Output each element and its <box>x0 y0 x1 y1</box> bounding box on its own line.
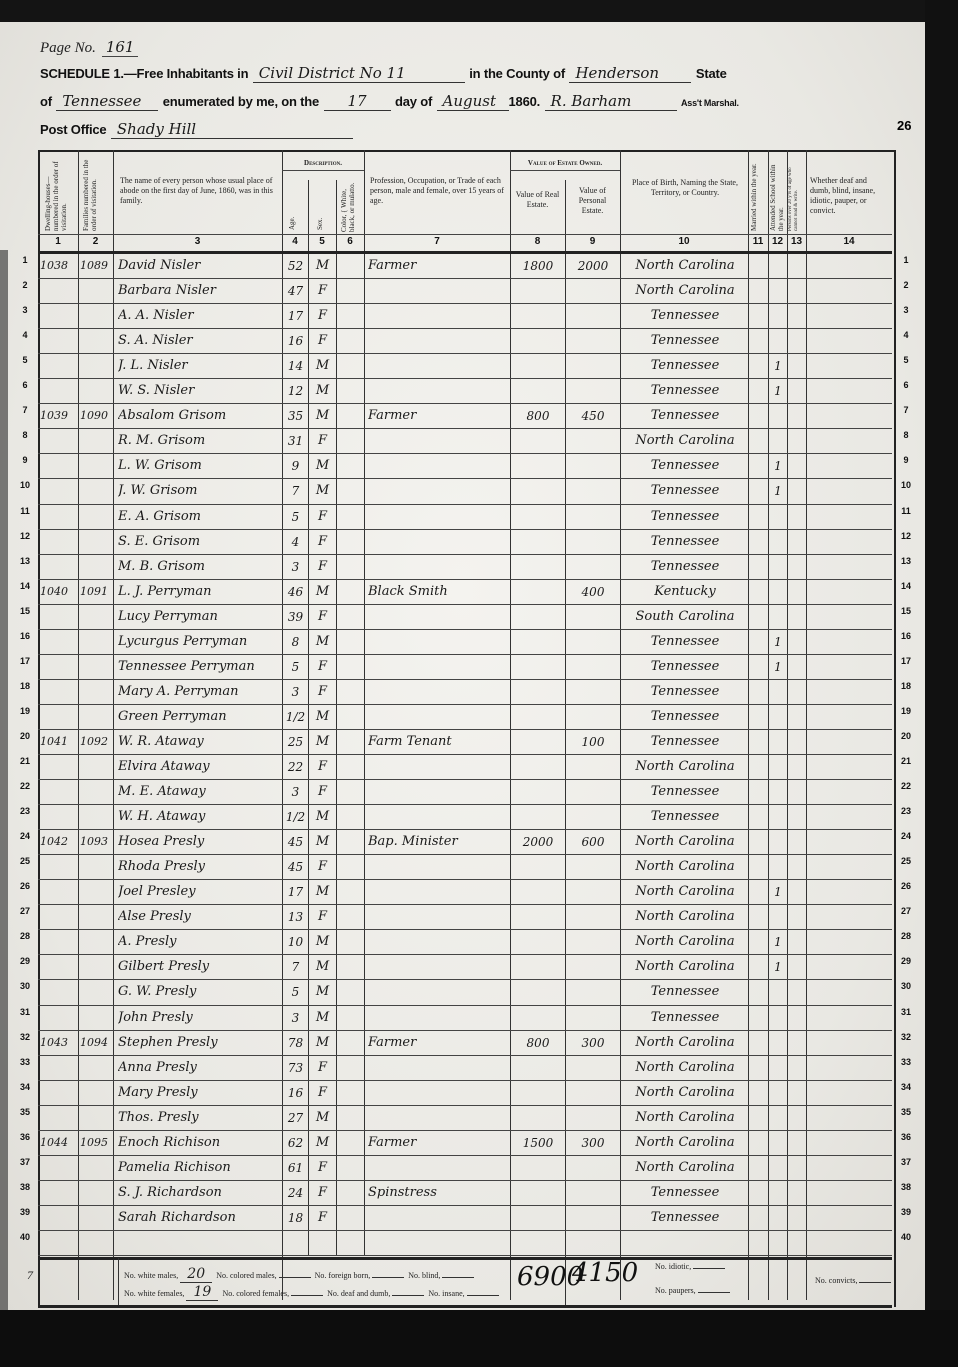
dwelling-number <box>40 1233 78 1253</box>
dwelling-number <box>40 557 78 577</box>
dwelling-number: 1040 <box>40 582 78 602</box>
line-number-left: 36 <box>14 1132 36 1142</box>
person-name: Anna Presly <box>118 1058 282 1078</box>
age: 3 <box>283 782 308 802</box>
age: 47 <box>283 281 308 301</box>
table-row: 1616Lycurgus Perryman8MTennessee1 <box>0 629 958 654</box>
age: 61 <box>283 1158 308 1178</box>
sex: M <box>309 381 336 401</box>
dwelling-number <box>40 782 78 802</box>
real-estate-value <box>511 381 565 401</box>
sex: M <box>309 582 336 602</box>
occupation: Black Smith <box>368 582 508 602</box>
dwelling-number <box>40 1008 78 1028</box>
dwelling-number <box>40 281 78 301</box>
occupation <box>368 507 508 527</box>
attended-school <box>769 256 787 276</box>
occupation <box>368 707 508 727</box>
column-number: 2 <box>78 236 113 250</box>
birthplace: Tennessee <box>622 306 748 326</box>
month-field: August <box>437 92 509 111</box>
attended-school <box>769 507 787 527</box>
dwelling-number <box>40 481 78 501</box>
age: 5 <box>283 657 308 677</box>
sex: M <box>309 932 336 952</box>
person-name: Hosea Presly <box>118 832 282 852</box>
table-row: 2222M. E. Ataway3FTennessee <box>0 779 958 804</box>
family-number: 1093 <box>80 832 113 852</box>
personal-estate-value: 300 <box>566 1033 620 1053</box>
real-estate-value <box>511 932 565 952</box>
family-number <box>80 381 113 401</box>
line-number-right: 14 <box>895 581 917 591</box>
age: 4 <box>283 532 308 552</box>
birthplace: Tennessee <box>622 356 748 376</box>
age: 25 <box>283 732 308 752</box>
age: 27 <box>283 1108 308 1128</box>
occupation <box>368 1008 508 1028</box>
white-males-field: No. white males, 20 No. colored males, N… <box>124 1266 474 1283</box>
birthplace: Tennessee <box>622 456 748 476</box>
table-row: 323210431094Stephen Presly78MFarmer80030… <box>0 1030 958 1055</box>
sex: M <box>309 882 336 902</box>
age: 45 <box>283 857 308 877</box>
birthplace: North Carolina <box>622 1058 748 1078</box>
personal-estate-value: 300 <box>566 1133 620 1153</box>
family-number: 1089 <box>80 256 113 276</box>
line-number-right: 21 <box>895 756 917 766</box>
birthplace: Tennessee <box>622 657 748 677</box>
table-row: 2121Elvira Ataway22FNorth Carolina <box>0 754 958 779</box>
personal-estate-value <box>566 807 620 827</box>
dwelling-number <box>40 1058 78 1078</box>
family-number <box>80 657 113 677</box>
table-row: 1110381089David Nisler52MFarmer18002000N… <box>0 253 958 278</box>
real-estate-value <box>511 532 565 552</box>
column-number: 5 <box>308 236 336 250</box>
sex: M <box>309 481 336 501</box>
occupation <box>368 1158 508 1178</box>
table-row: 1515Lucy Perryman39FSouth Carolina <box>0 604 958 629</box>
person-name: R. M. Grisom <box>118 431 282 451</box>
occupation <box>368 757 508 777</box>
personal-estate-value: 600 <box>566 832 620 852</box>
line-number-right: 35 <box>895 1107 917 1117</box>
sex <box>309 1233 336 1253</box>
table-row: 2727Alse Presly13FNorth Carolina <box>0 904 958 929</box>
table-row: 1919Green Perryman1/2MTennessee <box>0 704 958 729</box>
family-number <box>80 607 113 627</box>
person-name: S. A. Nisler <box>118 331 282 351</box>
occupation: Farmer <box>368 1033 508 1053</box>
personal-estate-value <box>566 632 620 652</box>
attended-school: 1 <box>769 381 787 401</box>
table-row: 2828A. Presly10MNorth Carolina1 <box>0 929 958 954</box>
table-row: 3030G. W. Presly5MTennessee <box>0 979 958 1004</box>
attended-school <box>769 1083 787 1103</box>
age: 17 <box>283 306 308 326</box>
dwelling-number: 1044 <box>40 1133 78 1153</box>
occupation <box>368 356 508 376</box>
personal-estate-value: 100 <box>566 732 620 752</box>
real-estate-value <box>511 431 565 451</box>
header-age: Age. <box>288 190 304 230</box>
family-number <box>80 356 113 376</box>
occupation <box>368 306 508 326</box>
attended-school <box>769 1108 787 1128</box>
birthplace: North Carolina <box>622 431 748 451</box>
occupation <box>368 857 508 877</box>
line-number-right: 23 <box>895 806 917 816</box>
personal-estate-value <box>566 431 620 451</box>
table-row: 3434Mary Presly16FNorth Carolina <box>0 1080 958 1105</box>
attended-school <box>769 1158 787 1178</box>
family-number: 1092 <box>80 732 113 752</box>
occupation <box>368 557 508 577</box>
age: 3 <box>283 682 308 702</box>
real-estate-value <box>511 557 565 577</box>
birthplace: Tennessee <box>622 1208 748 1228</box>
person-name: A. A. Nisler <box>118 306 282 326</box>
birthplace: North Carolina <box>622 1108 748 1128</box>
dwelling-number <box>40 306 78 326</box>
line-number-left: 5 <box>14 355 36 365</box>
family-number <box>80 957 113 977</box>
family-number <box>80 306 113 326</box>
attended-school: 1 <box>769 657 787 677</box>
family-number <box>80 782 113 802</box>
sheet-number: 26 <box>897 118 911 133</box>
birthplace: Tennessee <box>622 532 748 552</box>
sex: M <box>309 982 336 1002</box>
dwelling-number <box>40 456 78 476</box>
attended-school: 1 <box>769 456 787 476</box>
table-row: 3737Pamelia Richison61FNorth Carolina <box>0 1155 958 1180</box>
line-number-left: 6 <box>14 380 36 390</box>
scan-top-edge <box>0 0 958 22</box>
personal-estate-value <box>566 957 620 977</box>
birthplace: Tennessee <box>622 331 748 351</box>
line-number-right: 28 <box>895 931 917 941</box>
line-number-right: 1 <box>895 255 917 265</box>
birthplace: North Carolina <box>622 907 748 927</box>
line-number-right: 7 <box>895 405 917 415</box>
family-number <box>80 882 113 902</box>
person-name: G. W. Presly <box>118 982 282 1002</box>
age: 9 <box>283 456 308 476</box>
dwelling-number <box>40 1208 78 1228</box>
line-number-right: 33 <box>895 1057 917 1067</box>
occupation <box>368 782 508 802</box>
age: 10 <box>283 932 308 952</box>
table-row: 66W. S. Nisler12MTennessee1 <box>0 378 958 403</box>
real-estate-value <box>511 707 565 727</box>
line-number-left: 25 <box>14 856 36 866</box>
line-number-right: 17 <box>895 656 917 666</box>
day-field: 17 <box>324 92 391 111</box>
occupation: Farmer <box>368 406 508 426</box>
line-number-left: 32 <box>14 1032 36 1042</box>
person-name: Elvira Ataway <box>118 757 282 777</box>
attended-school <box>769 807 787 827</box>
table-row: 202010411092W. R. Ataway25MFarm Tenant10… <box>0 729 958 754</box>
birthplace: Tennessee <box>622 682 748 702</box>
age: 3 <box>283 1008 308 1028</box>
attended-school <box>769 732 787 752</box>
family-number <box>80 481 113 501</box>
age: 24 <box>283 1183 308 1203</box>
occupation <box>368 532 508 552</box>
line-number-left: 11 <box>14 506 36 516</box>
column-number: 9 <box>565 236 620 250</box>
personal-estate-value <box>566 682 620 702</box>
person-name: J. W. Grisom <box>118 481 282 501</box>
line-number-left: 4 <box>14 330 36 340</box>
birthplace: North Carolina <box>622 757 748 777</box>
header-value-estate: Value of Estate Owned. <box>510 158 620 168</box>
dwelling-number <box>40 1108 78 1128</box>
person-name: J. L. Nisler <box>118 356 282 376</box>
line-number-right: 29 <box>895 956 917 966</box>
line-number-right: 27 <box>895 906 917 916</box>
attended-school <box>769 757 787 777</box>
line-number-right: 15 <box>895 606 917 616</box>
line-number-left: 34 <box>14 1082 36 1092</box>
family-number <box>80 1108 113 1128</box>
line-number-right: 18 <box>895 681 917 691</box>
dwelling-number <box>40 532 78 552</box>
sex: F <box>309 331 336 351</box>
family-number <box>80 1058 113 1078</box>
sex: F <box>309 607 336 627</box>
state-field: Tennessee <box>56 92 158 111</box>
personal-estate-value <box>566 1183 620 1203</box>
column-number: 14 <box>806 236 892 250</box>
column-number: 13 <box>787 236 806 250</box>
line-number-left: 21 <box>14 756 36 766</box>
family-number <box>80 1008 113 1028</box>
sex: M <box>309 356 336 376</box>
occupation <box>368 1233 508 1253</box>
post-office-line: Post Office Shady Hill <box>40 120 353 139</box>
family-number <box>80 1083 113 1103</box>
page-number: Page No.161 <box>40 38 138 57</box>
personal-estate-value <box>566 707 620 727</box>
line-number-left: 31 <box>14 1007 36 1017</box>
sex: M <box>309 1133 336 1153</box>
dwelling-number <box>40 932 78 952</box>
real-estate-value <box>511 1008 565 1028</box>
sex: F <box>309 907 336 927</box>
age: 78 <box>283 1033 308 1053</box>
real-estate-value <box>511 782 565 802</box>
personal-estate-value <box>566 982 620 1002</box>
real-estate-value <box>511 982 565 1002</box>
birthplace: North Carolina <box>622 1083 748 1103</box>
table-row: 141410401091L. J. Perryman46MBlack Smith… <box>0 579 958 604</box>
occupation <box>368 807 508 827</box>
person-name: W. S. Nisler <box>118 381 282 401</box>
line-number-left: 19 <box>14 706 36 716</box>
personal-estate-value <box>566 1233 620 1253</box>
dwelling-number <box>40 431 78 451</box>
dwelling-number <box>40 857 78 877</box>
table-row: 3838S. J. Richardson24FSpinstressTenness… <box>0 1180 958 1205</box>
family-number <box>80 456 113 476</box>
real-estate-value <box>511 732 565 752</box>
age: 39 <box>283 607 308 627</box>
age: 17 <box>283 882 308 902</box>
attended-school <box>769 306 787 326</box>
person-name: Lycurgus Perryman <box>118 632 282 652</box>
line-number-right: 24 <box>895 831 917 841</box>
family-number: 1094 <box>80 1033 113 1053</box>
occupation <box>368 1058 508 1078</box>
attended-school <box>769 557 787 577</box>
occupation: Farmer <box>368 1133 508 1153</box>
birthplace: North Carolina <box>622 957 748 977</box>
attended-school <box>769 1183 787 1203</box>
birthplace: North Carolina <box>622 857 748 877</box>
person-name: L. J. Perryman <box>118 582 282 602</box>
attended-school <box>769 782 787 802</box>
person-name: Alse Presly <box>118 907 282 927</box>
line-number-left: 9 <box>14 455 36 465</box>
attended-school: 1 <box>769 932 787 952</box>
dwelling-number <box>40 1158 78 1178</box>
birthplace: South Carolina <box>622 607 748 627</box>
dwelling-number: 1038 <box>40 256 78 276</box>
line-number-right: 16 <box>895 631 917 641</box>
personal-estate-value <box>566 1208 620 1228</box>
real-estate-value <box>511 1183 565 1203</box>
sex: M <box>309 732 336 752</box>
table-row: 4040 <box>0 1230 958 1255</box>
line-number-right: 31 <box>895 1007 917 1017</box>
table-row: 2323W. H. Ataway1/2MTennessee <box>0 804 958 829</box>
attended-school <box>769 1033 787 1053</box>
dwelling-number <box>40 682 78 702</box>
attended-school: 1 <box>769 957 787 977</box>
header-family: Families numbered in the order of visita… <box>82 155 110 231</box>
occupation <box>368 882 508 902</box>
age: 8 <box>283 632 308 652</box>
column-number: 10 <box>620 236 748 250</box>
table-row: 1313M. B. Grisom3FTennessee <box>0 554 958 579</box>
dwelling-number: 1041 <box>40 732 78 752</box>
sex: M <box>309 406 336 426</box>
age: 31 <box>283 431 308 451</box>
personal-estate-value <box>566 381 620 401</box>
table-row: 3535Thos. Presly27MNorth Carolina <box>0 1105 958 1130</box>
age: 45 <box>283 832 308 852</box>
sex: F <box>309 431 336 451</box>
age: 35 <box>283 406 308 426</box>
person-name: W. R. Ataway <box>118 732 282 752</box>
line-number-left: 37 <box>14 1157 36 1167</box>
real-estate-value <box>511 957 565 977</box>
birthplace: Tennessee <box>622 632 748 652</box>
line-number-right: 40 <box>895 1232 917 1242</box>
line-number-right: 8 <box>895 430 917 440</box>
header-dwelling: Dwelling-houses— numbered in the order o… <box>44 155 74 231</box>
birthplace: Tennessee <box>622 1183 748 1203</box>
age: 46 <box>283 582 308 602</box>
header-color: Color, { White, black, or mulatto. <box>340 172 360 232</box>
footer-top-rule <box>38 1257 892 1260</box>
table-row: 22Barbara Nisler47FNorth Carolina <box>0 278 958 303</box>
header-bottom-rule <box>38 234 892 235</box>
margin-mark: 7 <box>27 1268 33 1283</box>
attended-school: 1 <box>769 356 787 376</box>
sex: F <box>309 306 336 326</box>
birthplace: North Carolina <box>622 281 748 301</box>
personal-estate-value <box>566 757 620 777</box>
header-school: Attended School within the year. <box>769 155 786 231</box>
line-number-right: 22 <box>895 781 917 791</box>
table-row: 1010J. W. Grisom7MTennessee1 <box>0 478 958 503</box>
birthplace <box>622 1233 748 1253</box>
birthplace: North Carolina <box>622 832 748 852</box>
line-number-left: 8 <box>14 430 36 440</box>
sex: M <box>309 456 336 476</box>
paupers-field: No. paupers, <box>655 1286 730 1295</box>
occupation <box>368 907 508 927</box>
family-number <box>80 281 113 301</box>
line-number-left: 2 <box>14 280 36 290</box>
sex: F <box>309 1183 336 1203</box>
birthplace: Tennessee <box>622 557 748 577</box>
personal-estate-value <box>566 281 620 301</box>
occupation <box>368 431 508 451</box>
family-number <box>80 632 113 652</box>
line-number-right: 9 <box>895 455 917 465</box>
sex: F <box>309 281 336 301</box>
line-number-left: 1 <box>14 255 36 265</box>
attended-school <box>769 281 787 301</box>
total-personal-estate: 4150 <box>572 1258 638 1288</box>
family-number <box>80 1233 113 1253</box>
sex: F <box>309 557 336 577</box>
real-estate-value: 1500 <box>511 1133 565 1153</box>
family-number <box>80 682 113 702</box>
birthplace: Tennessee <box>622 732 748 752</box>
header-name: The name of every person whose usual pla… <box>120 176 276 206</box>
line-number-left: 28 <box>14 931 36 941</box>
line-number-right: 3 <box>895 305 917 315</box>
line-number-right: 39 <box>895 1207 917 1217</box>
sex: F <box>309 857 336 877</box>
line-number-left: 27 <box>14 906 36 916</box>
header-married: Married within the year. <box>750 155 767 231</box>
table-row: 1212S. E. Grisom4FTennessee <box>0 529 958 554</box>
real-estate-value <box>511 281 565 301</box>
birthplace: North Carolina <box>622 882 748 902</box>
occupation <box>368 982 508 1002</box>
line-number-left: 12 <box>14 531 36 541</box>
sex: M <box>309 957 336 977</box>
scan-bottom-edge <box>0 1310 958 1367</box>
person-name: E. A. Grisom <box>118 507 282 527</box>
occupation <box>368 957 508 977</box>
header-rule <box>510 170 620 171</box>
enumeration-line: of Tennessee enumerated by me, on the 17… <box>40 92 739 111</box>
attended-school <box>769 582 787 602</box>
age: 5 <box>283 982 308 1002</box>
real-estate-value: 2000 <box>511 832 565 852</box>
family-number <box>80 431 113 451</box>
age <box>283 1233 308 1253</box>
